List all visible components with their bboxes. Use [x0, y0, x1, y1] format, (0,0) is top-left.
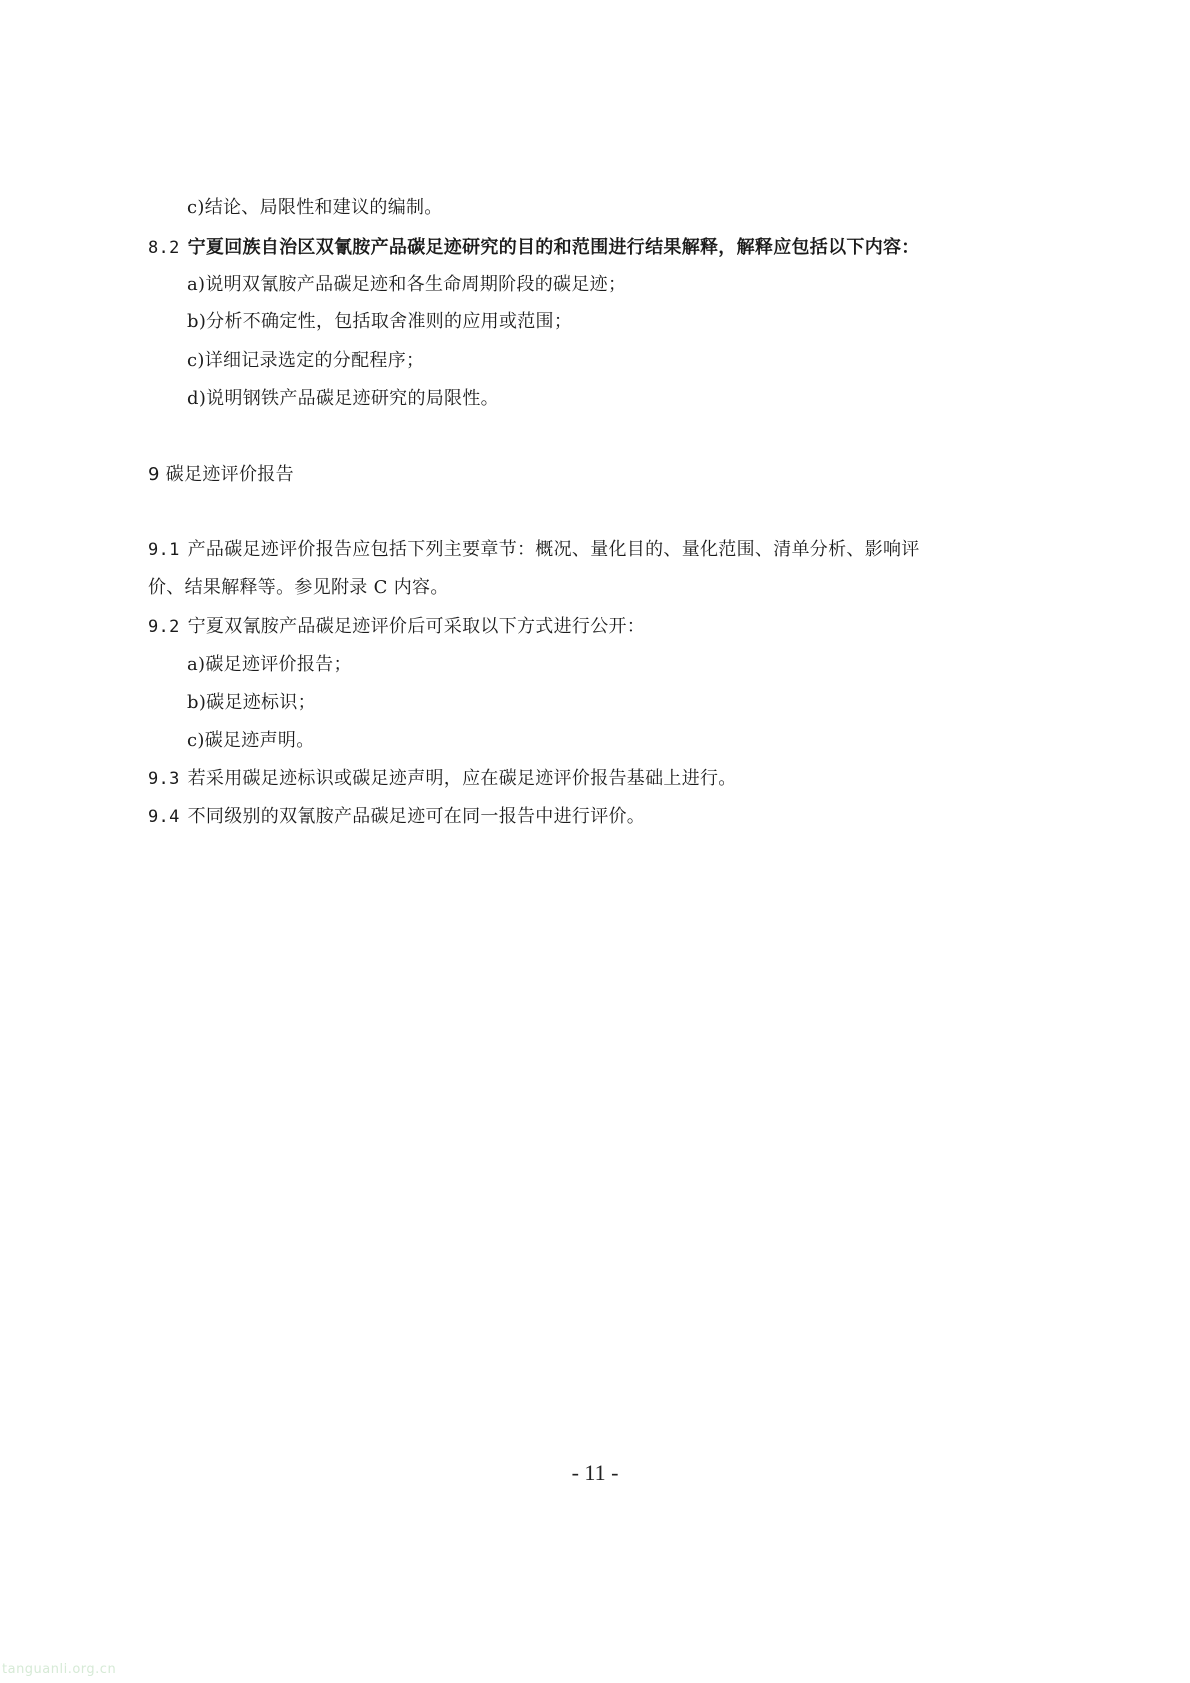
list-item-text: c)结论、局限性和建议的编制。 [187, 197, 443, 218]
clause-9-2: 9.2宁夏双氰胺产品碳足迹评价后可采取以下方式进行公开： [148, 615, 645, 639]
clause-9-3: 9.3若采用碳足迹标识或碳足迹声明，应在碳足迹评价报告基础上进行。 [148, 767, 737, 791]
clause-9-1: 9.1产品碳足迹评价报告应包括下列主要章节：概况、量化目的、量化范围、清单分析、… [148, 538, 920, 562]
list-item-text: b)碳足迹标识； [187, 692, 316, 713]
clause-9-1-continuation: 价、结果解释等。参见附录 C 内容。 [148, 576, 449, 600]
list-item-9-2-b: b)碳足迹标识； [187, 691, 316, 715]
page-number: - 11 - [0, 1460, 1190, 1486]
list-item-text: b)分析不确定性，包括取舍准则的应用或范围； [187, 311, 572, 332]
watermark: tanguanli.org.cn [2, 1662, 116, 1677]
list-item-9-2-a: a)碳足迹评价报告； [187, 653, 352, 677]
list-item-8-2-a: a)说明双氰胺产品碳足迹和各生命周期阶段的碳足迹； [187, 273, 626, 297]
clause-number: 9.2 [148, 617, 180, 637]
clause-number: 9.4 [148, 807, 180, 827]
clause-number: 8.2 [148, 238, 180, 258]
clause-text: 宁夏回族自治区双氰胺产品碳足迹研究的目的和范围进行结果解释，解释应包括以下内容： [188, 237, 920, 258]
clause-number: 9.1 [148, 540, 180, 560]
clause-text: 宁夏双氰胺产品碳足迹评价后可采取以下方式进行公开： [188, 616, 646, 637]
list-item-text: c)碳足迹声明。 [187, 730, 315, 751]
list-item-text: a)碳足迹评价报告； [187, 654, 352, 675]
clause-text: 不同级别的双氰胺产品碳足迹可在同一报告中进行评价。 [188, 806, 646, 827]
clause-number: 9.3 [148, 769, 180, 789]
list-item-8-1-c: c)结论、局限性和建议的编制。 [187, 196, 443, 220]
list-item-text: c)详细记录选定的分配程序； [187, 350, 424, 371]
clause-8-2: 8.2宁夏回族自治区双氰胺产品碳足迹研究的目的和范围进行结果解释，解释应包括以下… [148, 236, 920, 260]
clause-9-4: 9.4不同级别的双氰胺产品碳足迹可在同一报告中进行评价。 [148, 805, 645, 829]
list-item-8-2-c: c)详细记录选定的分配程序； [187, 349, 424, 373]
clause-text: 若采用碳足迹标识或碳足迹声明，应在碳足迹评价报告基础上进行。 [188, 768, 737, 789]
list-item-9-2-c: c)碳足迹声明。 [187, 729, 315, 753]
list-item-8-2-d: d)说明钢铁产品碳足迹研究的局限性。 [187, 387, 499, 411]
clause-text: 产品碳足迹评价报告应包括下列主要章节：概况、量化目的、量化范围、清单分析、影响评 [188, 539, 920, 560]
section-heading-9: 9 碳足迹评价报告 [148, 463, 294, 487]
list-item-8-2-b: b)分析不确定性，包括取舍准则的应用或范围； [187, 310, 572, 334]
list-item-text: a)说明双氰胺产品碳足迹和各生命周期阶段的碳足迹； [187, 274, 626, 295]
list-item-text: d)说明钢铁产品碳足迹研究的局限性。 [187, 388, 499, 409]
